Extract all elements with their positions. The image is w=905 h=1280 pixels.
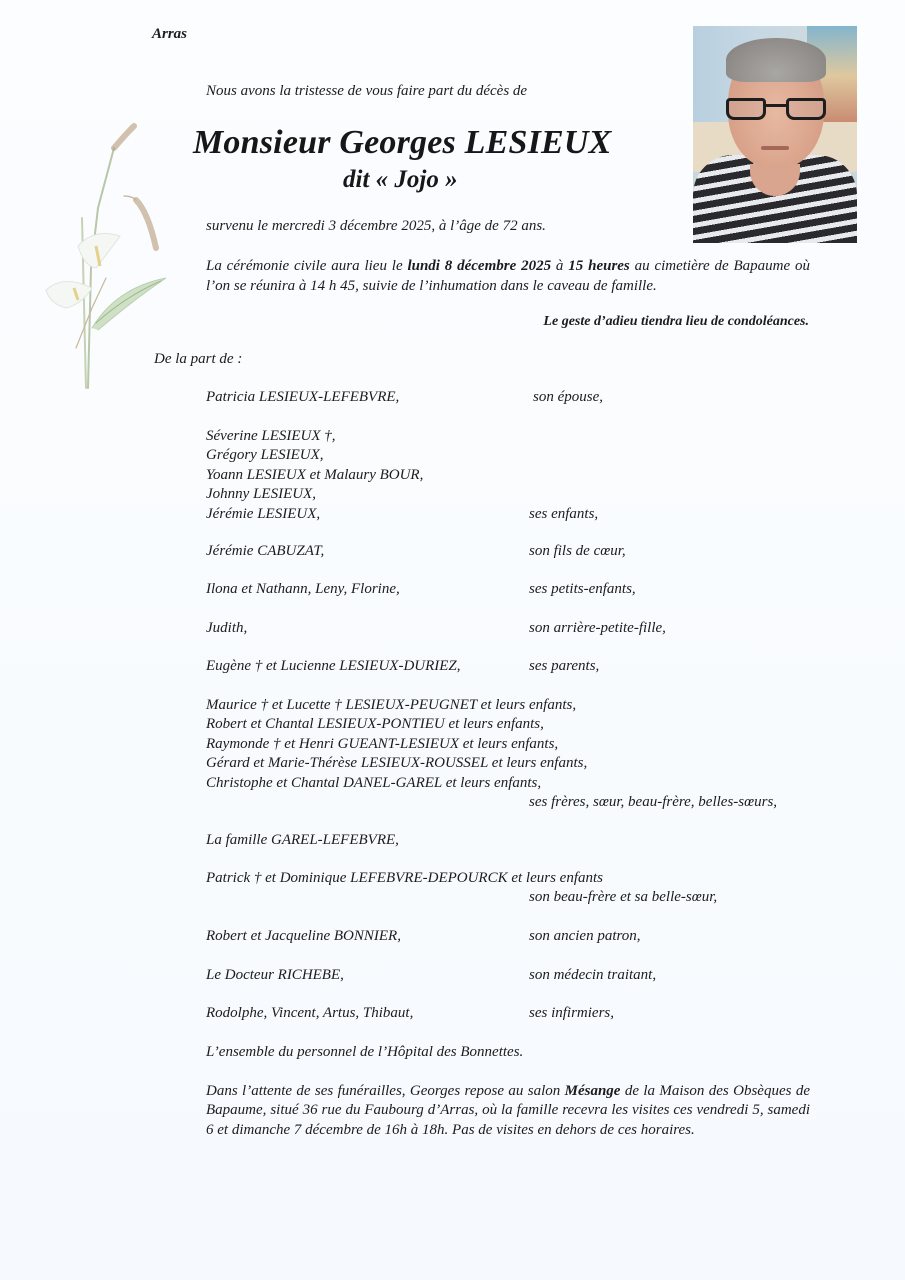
intro-text: Nous avons la tristesse de vous faire pa… xyxy=(206,83,527,100)
deceased-name: Monsieur Georges LESIEUX xyxy=(193,124,612,162)
family-member-name: Maurice † et Lucette † LESIEUX-PEUGNET e… xyxy=(206,696,576,715)
family-member-name: Robert et Jacqueline BONNIER, xyxy=(206,927,401,946)
family-member-name: Yoann LESIEUX et Malaury BOUR, xyxy=(206,466,423,485)
salon-name: Mésange xyxy=(565,1083,621,1099)
family-relation: ses frères, sœur, beau-frère, belles-sœu… xyxy=(529,793,777,812)
family-member-name: L’ensemble du personnel de l’Hôpital des… xyxy=(206,1043,523,1062)
ceremony-text: à xyxy=(551,258,568,274)
deceased-portrait-photo xyxy=(693,26,857,243)
family-member-name: Séverine LESIEUX †, xyxy=(206,427,336,446)
family-member-name: Rodolphe, Vincent, Artus, Thibaut, xyxy=(206,1004,413,1023)
from-label: De la part de : xyxy=(154,351,242,368)
ceremony-date: lundi 8 décembre 2025 xyxy=(407,258,551,274)
family-relation: ses enfants, xyxy=(529,505,598,524)
family-member-name: Ilona et Nathann, Leny, Florine, xyxy=(206,580,400,599)
ceremony-paragraph: La cérémonie civile aura lieu le lundi 8… xyxy=(206,256,810,296)
family-member-name: Gérard et Marie-Thérèse LESIEUX-ROUSSEL … xyxy=(206,754,587,773)
family-member-name: Judith, xyxy=(206,619,247,638)
family-member-name: Jérémie CABUZAT, xyxy=(206,542,324,561)
family-member-name: Robert et Chantal LESIEUX-PONTIEU et leu… xyxy=(206,715,544,734)
family-relation: son beau-frère et sa belle-sœur, xyxy=(529,888,717,907)
family-relation: son épouse, xyxy=(533,388,603,407)
family-member-name: Christophe et Chantal DANEL-GAREL et leu… xyxy=(206,774,541,793)
family-member-name: Le Docteur RICHEBE, xyxy=(206,966,344,985)
family-member-name: Patricia LESIEUX-LEFEBVRE, xyxy=(206,388,399,407)
city-label: Arras xyxy=(152,26,187,43)
death-notice: survenu le mercredi 3 décembre 2025, à l… xyxy=(206,218,546,235)
visitation-text: Dans l’attente de ses funérailles, Georg… xyxy=(206,1083,565,1099)
ceremony-time: 15 heures xyxy=(568,258,630,274)
family-relation: son fils de cœur, xyxy=(529,542,626,561)
ceremony-text: La cérémonie civile aura lieu le xyxy=(206,258,407,274)
family-relation: ses parents, xyxy=(529,657,599,676)
family-member-name: Grégory LESIEUX, xyxy=(206,446,323,465)
family-relation: son ancien patron, xyxy=(529,927,641,946)
obituary-page: Arras Nous avons la tristesse de vous fa… xyxy=(0,0,905,1280)
family-relation: ses infirmiers, xyxy=(529,1004,614,1023)
family-member-name: Eugène † et Lucienne LESIEUX-DURIEZ, xyxy=(206,657,461,676)
family-member-name: La famille GAREL-LEFEBVRE, xyxy=(206,831,399,850)
family-member-name: Jérémie LESIEUX, xyxy=(206,505,320,524)
family-member-name: Raymonde † et Henri GUEANT-LESIEUX et le… xyxy=(206,735,558,754)
family-relation: son arrière-petite-fille, xyxy=(529,619,666,638)
deceased-nickname: dit « Jojo » xyxy=(343,166,458,194)
family-member-name: Patrick † et Dominique LEFEBVRE-DEPOURCK… xyxy=(206,869,603,888)
family-member-name: Johnny LESIEUX, xyxy=(206,485,316,504)
condolences-note: Le geste d’adieu tiendra lieu de condolé… xyxy=(543,314,809,330)
visitation-paragraph: Dans l’attente de ses funérailles, Georg… xyxy=(206,1082,810,1140)
family-relation: ses petits-enfants, xyxy=(529,580,636,599)
family-relation: son médecin traitant, xyxy=(529,966,656,985)
